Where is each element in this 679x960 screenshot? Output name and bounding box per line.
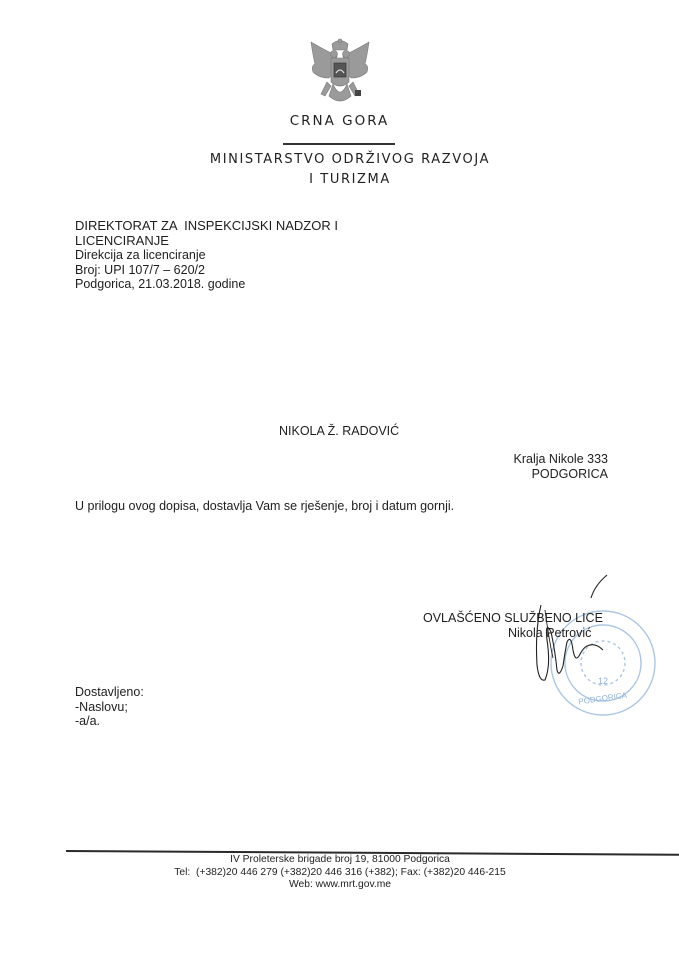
- footer-address: IV Proleterske brigade broj 19, 81000 Po…: [60, 854, 620, 867]
- reference-number: Broj: UPI 107/7 – 620/2: [75, 263, 338, 278]
- handwritten-signature: [515, 570, 625, 700]
- letter-body: U prilogu ovog dopisa, dostavlja Vam se …: [75, 499, 454, 513]
- country-name: CRNA GORA: [0, 113, 679, 129]
- ministry-name: MINISTARSTVO ODRŽIVOG RAZVOJA I TURIZMA: [0, 150, 679, 190]
- place-and-date: Podgorica, 21.03.2018. godine: [75, 277, 338, 292]
- header-divider: [283, 143, 395, 145]
- footer-web: Web: www.mrt.gov.me: [60, 879, 620, 892]
- ministry-line-1: MINISTARSTVO ODRŽIVOG RAZVOJA: [0, 150, 679, 170]
- distribution-item: -a/a.: [75, 714, 144, 729]
- division-name: Direkcija za licenciranje: [75, 248, 338, 263]
- distribution-label: Dostavljeno:: [75, 685, 144, 700]
- distribution-list: Dostavljeno: -Naslovu; -a/a.: [75, 685, 144, 729]
- footer: IV Proleterske brigade broj 19, 81000 Po…: [60, 854, 620, 892]
- footer-phones: Tel: (+382)20 446 279 (+382)20 446 316 (…: [60, 867, 620, 880]
- ministry-line-2: I TURIZMA: [0, 170, 679, 190]
- recipient-name: NIKOLA Ž. RADOVIĆ: [279, 424, 399, 438]
- coat-of-arms-icon: [307, 38, 373, 108]
- recipient-street: Kralja Nikole 333: [480, 452, 608, 467]
- recipient-address: Kralja Nikole 333 PODGORICA: [480, 452, 608, 482]
- recipient-city: PODGORICA: [480, 467, 608, 482]
- directorate-line-1: DIREKTORAT ZA INSPEKCIJSKI NADZOR I: [75, 219, 338, 234]
- sender-block: DIREKTORAT ZA INSPEKCIJSKI NADZOR I LICE…: [75, 219, 338, 292]
- distribution-item: -Naslovu;: [75, 700, 144, 715]
- directorate-line-2: LICENCIRANJE: [75, 234, 338, 249]
